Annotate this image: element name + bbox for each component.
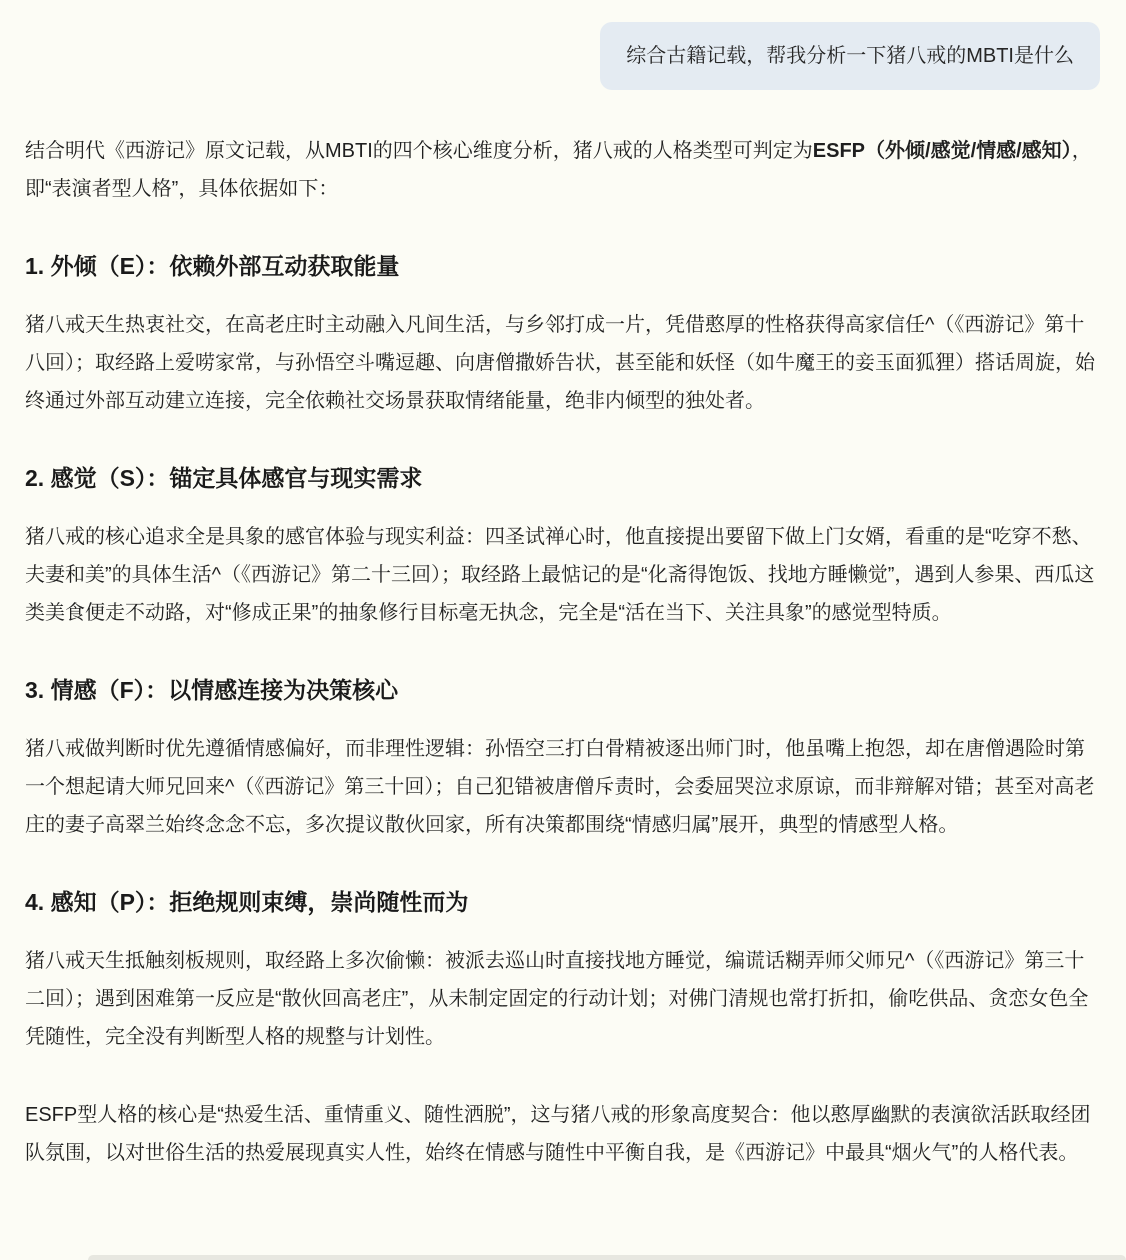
user-message-bubble: 综合古籍记载，帮我分析一下猪八戒的MBTI是什么	[600, 22, 1100, 90]
assistant-response: 结合明代《西游记》原文记载，从MBTI的四个核心维度分析，猪八戒的人格类型可判定…	[0, 132, 1126, 1172]
intro-text-before: 结合明代《西游记》原文记载，从MBTI的四个核心维度分析，猪八戒的人格类型可判定…	[25, 140, 813, 162]
intro-bold-mbti-type: ESFP（外倾/感觉/情感/感知）	[813, 140, 1072, 162]
conclusion-paragraph: ESFP型人格的核心是“热爱生活、重情重义、随性洒脱”，这与猪八戒的形象高度契合…	[25, 1096, 1101, 1172]
section-heading-feeling: 3. 情感（F）：以情感连接为决策核心	[25, 674, 1101, 706]
section-body-feeling: 猪八戒做判断时优先遵循情感偏好，而非理性逻辑：孙悟空三打白骨精被逐出师门时，他虽…	[25, 730, 1101, 844]
section-heading-extraversion: 1. 外倾（E）：依赖外部互动获取能量	[25, 250, 1101, 282]
section-heading-sensing: 2. 感觉（S）：锚定具体感官与现实需求	[25, 462, 1101, 494]
section-body-sensing: 猪八戒的核心追求全是具象的感官体验与现实利益：四圣试禅心时，他直接提出要留下做上…	[25, 518, 1101, 632]
section-body-perceiving: 猪八戒天生抵触刻板规则，取经路上多次偷懒：被派去巡山时直接找地方睡觉，编谎话糊弄…	[25, 942, 1101, 1056]
intro-paragraph: 结合明代《西游记》原文记载，从MBTI的四个核心维度分析，猪八戒的人格类型可判定…	[25, 132, 1101, 208]
section-body-extraversion: 猪八戒天生热衷社交，在高老庄时主动融入凡间生活，与乡邻打成一片，凭借憨厚的性格获…	[25, 306, 1101, 420]
next-element-top-edge	[88, 1255, 1126, 1260]
user-message-row: 综合古籍记载，帮我分析一下猪八戒的MBTI是什么	[0, 0, 1126, 90]
section-heading-perceiving: 4. 感知（P）：拒绝规则束缚，崇尚随性而为	[25, 886, 1101, 918]
